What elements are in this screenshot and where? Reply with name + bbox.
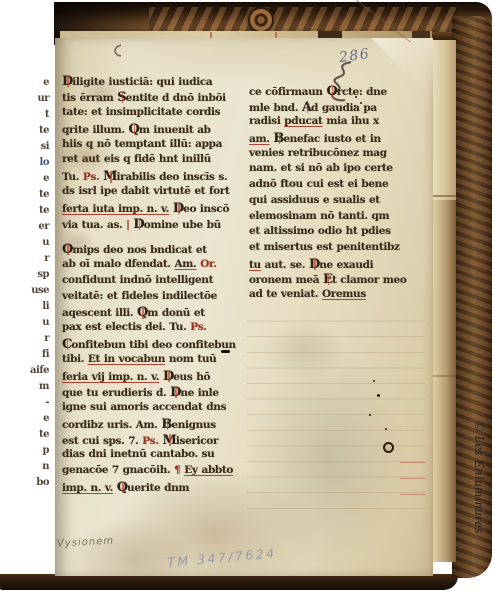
text-line: mle bnd. Ad gaudia pa <box>249 100 431 116</box>
facing-page-fragment: n <box>30 459 49 475</box>
text-line: aqescent illi. Qm donū et <box>62 305 246 321</box>
facing-page-fragment: m <box>30 379 49 395</box>
text-line: via tua. as. | Domine ube bū <box>62 217 246 233</box>
ink-speck <box>354 105 356 107</box>
text-line: Omips deo nos bndicat et <box>62 242 246 258</box>
embossed-leather-band <box>149 7 458 32</box>
shelfmark-pencil: TM 347/7624 <box>167 545 278 570</box>
red-ruling-mark <box>400 478 426 479</box>
ink-speck <box>385 428 387 430</box>
text-line: adnō ftou cui est ei bene <box>249 178 431 194</box>
text-line: tis ērram Sentite d dnō inbōi <box>62 90 246 106</box>
facing-page-fragment: t <box>30 107 49 123</box>
facing-page-text-fragments: eurttesiloeteteerurspuseliurfiaifem-etep… <box>30 75 49 491</box>
text-line: que tu erudieris d. Dne inle <box>62 385 246 401</box>
text-line: ab oī malo dfendat. Am. Or. <box>62 258 246 274</box>
binding-bottom-edge <box>0 574 458 590</box>
text-line: am. Benefac iusto et in <box>249 131 431 147</box>
text-line: cordibz uris. Am. Benignus <box>62 417 246 433</box>
text-line: hiis q nō temptant illū: appa <box>62 138 246 154</box>
pen-mark-icon <box>111 43 123 58</box>
text-line: nam. et si nō ab ipo certe <box>249 162 431 178</box>
facing-page-fragment: e <box>30 411 49 427</box>
facing-page-fragment: e <box>30 75 49 91</box>
facing-page-fragment: e <box>30 171 49 187</box>
blank-ruled-lines <box>247 306 425 520</box>
text-line: tate: et insimplicitate cordis <box>62 106 246 122</box>
text-line: imp. n. v. Querite dnm <box>62 480 246 496</box>
facing-page-fragment: te <box>30 187 49 203</box>
facing-page-fragment: li <box>30 299 49 315</box>
text-column-right: ce cōfirmaun Orcte: dnemle bnd. Ad gaudi… <box>249 84 431 304</box>
facing-page-fragment: sp <box>30 267 49 283</box>
text-line: ds isrl ipe dabit virtutē et fort <box>62 185 246 201</box>
ink-dash <box>221 350 230 353</box>
text-line: ad te veniat. Oremus <box>249 288 431 304</box>
facing-page-fragment: te <box>30 203 49 219</box>
ink-speck <box>369 414 371 416</box>
text-line: feria vij imp. n. v. Deus hō <box>62 369 246 385</box>
facing-page-fragment: - <box>30 395 49 411</box>
text-line: qrite illum. Qm inuenit ab <box>62 122 246 138</box>
text-line: tibi. Et in vocabun nom tuū <box>62 353 246 369</box>
text-line: oronem meā Et clamor meo <box>249 272 431 288</box>
text-line: Tu. Ps. Mirabilis deo inscīs s. <box>62 169 246 185</box>
facing-page-fragment: u <box>30 315 49 331</box>
red-ruling-mark <box>400 494 426 495</box>
text-line: et misertus est penitentibz <box>249 241 431 257</box>
facing-page-fragment: si <box>30 139 49 155</box>
text-line: ce cōfirmaun Orcte: dne <box>249 84 431 100</box>
copyright-watermark: © Les Enluminures <box>471 421 487 534</box>
ink-speck <box>377 394 380 397</box>
facing-page-fragment: fi <box>30 347 49 363</box>
text-line: confidunt indnō intelligent <box>62 274 246 290</box>
text-line: igne sui amoris accendat dns <box>62 401 246 417</box>
text-line: ret aut eis q fidē hnt inillū <box>62 153 246 169</box>
text-line: venies retribucōnez mag <box>249 147 431 163</box>
manuscript-photo: eurttesiloeteteerurspuseliurfiaifem-etep… <box>0 0 495 600</box>
text-line: et altissimo odio ht pdies <box>249 225 431 241</box>
text-line: veitatē: et fideles indilectōe <box>62 290 246 306</box>
facing-page-edge: eurttesiloeteteerurspuseliurfiaifem-etep… <box>0 26 58 582</box>
text-line: tu aut. se. Dne exaudi <box>249 257 431 273</box>
facing-page-fragment: bo <box>30 475 49 491</box>
pencil-inscription-word: Vysionem <box>57 536 115 550</box>
facing-page-fragment: ur <box>30 91 49 107</box>
ink-speck <box>355 96 357 98</box>
text-line: elemosinam nō tanti. qm <box>249 210 431 226</box>
facing-page-fragment: aife <box>30 363 49 379</box>
text-line: qui assiduus e sualis et <box>249 194 431 210</box>
facing-page-fragment: u <box>30 235 49 251</box>
facing-page-fragment: p <box>30 443 49 459</box>
ink-speck <box>360 102 362 104</box>
facing-page-fragment: r <box>30 331 49 347</box>
facing-page-fragment: te <box>30 123 49 139</box>
red-ruling-mark <box>400 462 426 463</box>
text-line: genacōe 7 gnacōih. ¶ Ey abbto <box>62 464 246 480</box>
text-line: Diligite iusticiā: qui iudica <box>62 74 246 90</box>
text-line: dias dni inetnū cantabo. su <box>62 448 246 464</box>
text-line: pax est electis dei. Tu. Ps. <box>62 321 246 337</box>
ink-speck <box>373 380 375 382</box>
text-line: est cui sps. 7. Ps. Misericor <box>62 433 246 449</box>
text-column-left: Diligite iusticiā: qui iudicatis ērram S… <box>62 74 246 496</box>
text-line: ferta iuta imp. n. v. Deo inscō <box>62 201 246 217</box>
wormhole <box>383 442 394 453</box>
text-line: Confitebun tibi deo confitebun <box>62 337 246 353</box>
facing-page-fragment: use <box>30 283 49 299</box>
facing-page-fragment: te <box>30 427 49 443</box>
text-line: radisi pducat mia ihu x <box>249 115 431 131</box>
facing-page-fragment: er <box>30 219 49 235</box>
rosette-stamp-icon <box>248 7 274 33</box>
facing-page-fragment: r <box>30 251 49 267</box>
facing-page-fragment: lo <box>30 155 49 171</box>
manuscript-page: 286 Diligite iusticiā: qui iudicatis ērr… <box>55 38 433 576</box>
